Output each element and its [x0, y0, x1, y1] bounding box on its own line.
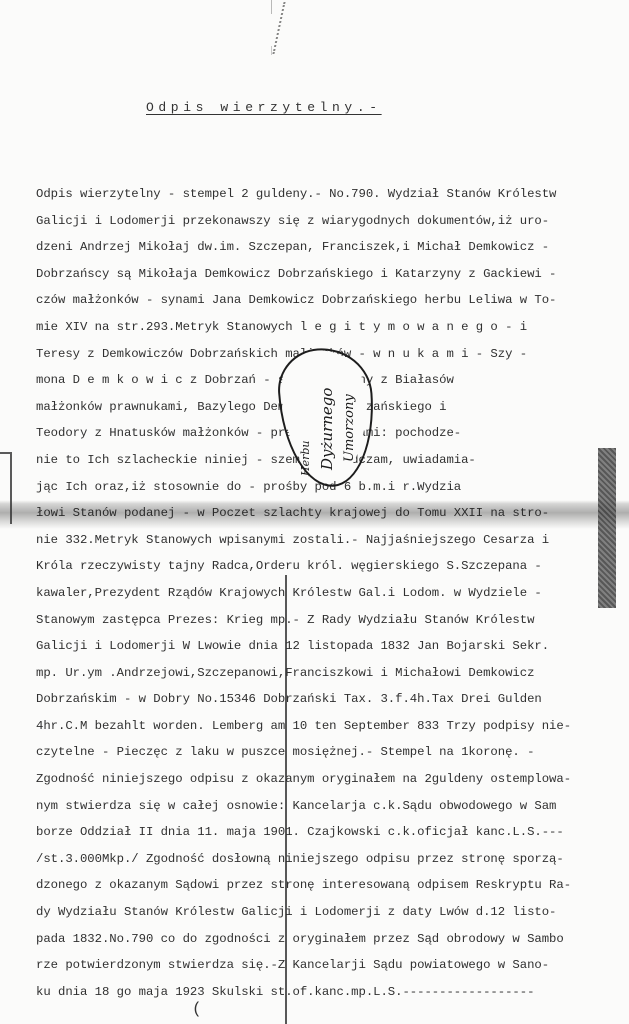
text-line: Zgodność niniejszego odpisu z okazanym o… — [36, 766, 626, 793]
top-ink-mark — [260, 2, 285, 54]
stamp-word: Dyżurnego — [318, 360, 336, 470]
stamp-word: Herbu — [299, 366, 312, 476]
text-line: dzeni Andrzej Mikołaj dw.im. Szczepan, F… — [36, 234, 626, 261]
fold-line-vertical-bottom — [285, 575, 287, 1024]
left-edge-mark — [0, 452, 12, 524]
text-line: Króla rzeczywisty tajny Radca,Orderu kró… — [36, 553, 626, 580]
stamp-handwriting: Umorzony Dyżurnego Herbu — [296, 360, 360, 470]
text-line: pada 1832.No.790 co do zgodności z orygi… — [36, 926, 626, 953]
text-line: Galicji i Lodomerji przekonawszy się z w… — [36, 208, 626, 235]
text-line: czów małżonków - synami Jana Demkowicz D… — [36, 287, 626, 314]
document-body: Odpis wierzytelny - stempel 2 guldeny.- … — [36, 181, 626, 1005]
edge-damage-mark — [598, 448, 616, 608]
text-line: Dobrzańskim - w Dobry No.15346 Dobrzańsk… — [36, 686, 626, 713]
text-line: /st.3.000Mkp./ Zgodność dosłowną niniejs… — [36, 846, 626, 873]
text-line: nie 332.Metryk Stanowych wpisanymi zosta… — [36, 527, 626, 554]
text-line: Odpis wierzytelny - stempel 2 guldeny.- … — [36, 181, 626, 208]
text-line: kawaler,Prezydent Rządów Krajowych Króle… — [36, 580, 626, 607]
text-line: czytelne - Pieczęc z laku w puszce mosię… — [36, 739, 626, 766]
text-line: nym stwierdza się w całej osnowie: Kance… — [36, 793, 626, 820]
text-line: rze potwierdzonym stwierdza się.-Z Kance… — [36, 952, 626, 979]
text-line: dy Wydziału Stanów Królestw Galicji i Lo… — [36, 899, 626, 926]
fold-line-horizontal — [0, 493, 629, 529]
bottom-mark: ( — [192, 1000, 202, 1018]
text-line: mp. Ur.ym .Andrzejowi,Szczepanowi,Franci… — [36, 660, 626, 687]
document-page: Odpis wierzytelny.- Odpis wierzytelny - … — [0, 0, 629, 1024]
text-line: Stanowym zastępca Prezes: Krieg mp.- Z R… — [36, 607, 626, 634]
text-line: dzonego z okazanym Sądowi przez stronę i… — [36, 872, 626, 899]
text-line: ku dnia 18 go maja 1923 Skulski st.of.ka… — [36, 979, 626, 1006]
stamp-word: Umorzony — [342, 352, 357, 462]
text-line: Galicji i Lodomerji W Lwowie dnia 12 lis… — [36, 633, 626, 660]
text-line: Dobrzańscy są Mikołaja Demkowicz Dobrzań… — [36, 261, 626, 288]
document-title: Odpis wierzytelny.- — [146, 100, 382, 115]
text-line: borze Oddział II dnia 11. maja 1901. Cza… — [36, 819, 626, 846]
text-line: 4hr.C.M bezahlt worden. Lemberg am 10 te… — [36, 713, 626, 740]
text-line: mie XIV na str.293.Metryk Stanowych l e … — [36, 314, 626, 341]
